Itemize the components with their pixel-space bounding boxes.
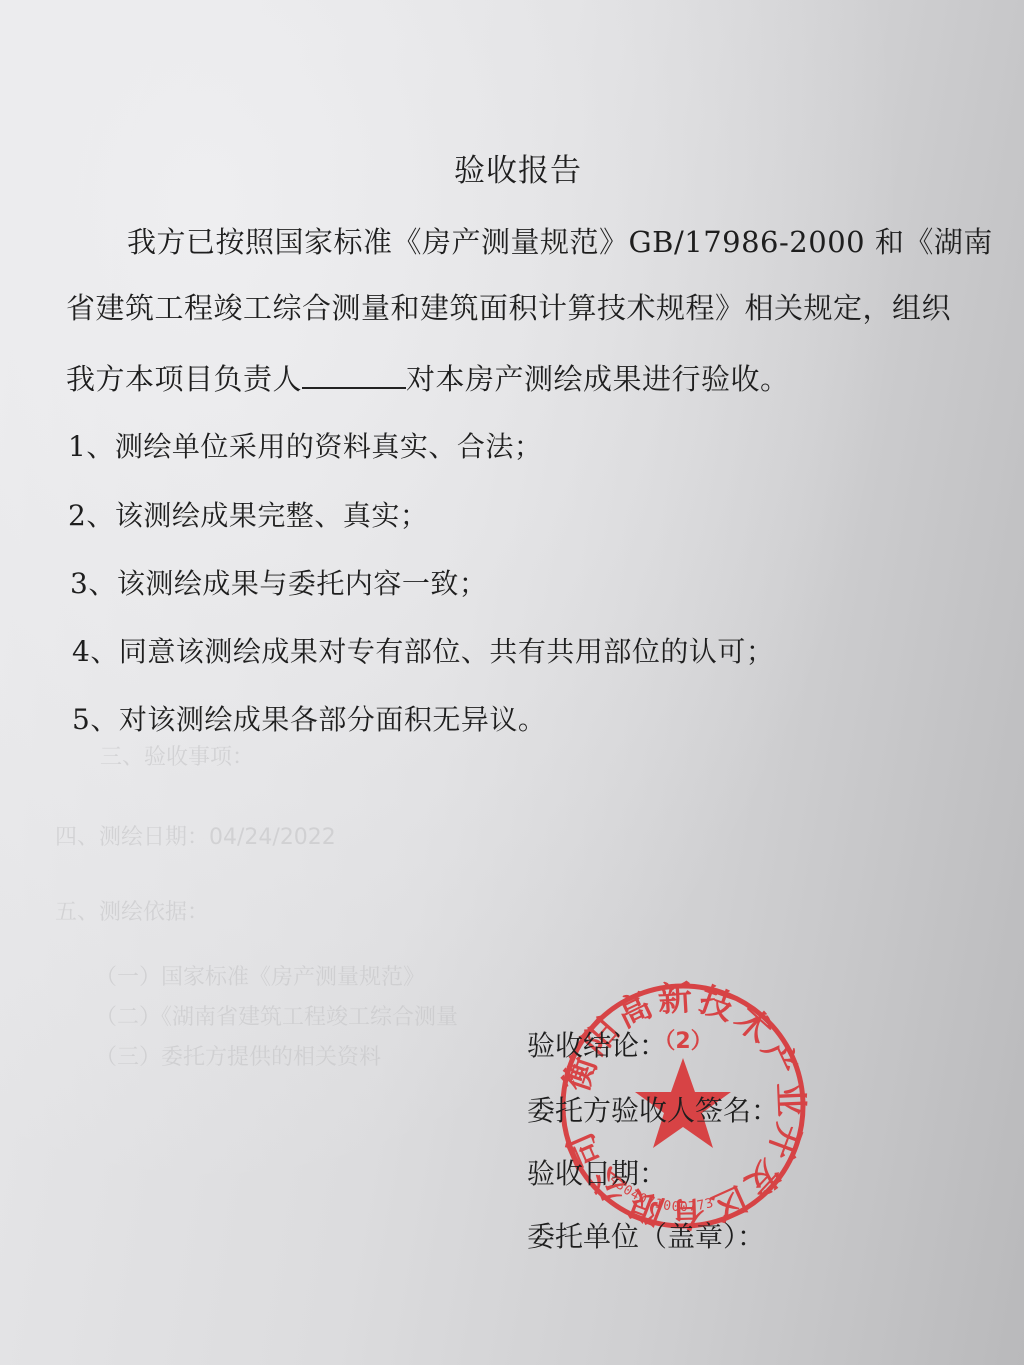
bleed-through-text: （三）委托方提供的相关资料	[95, 1040, 381, 1071]
document-page: 三、验收事项： 四、测绘日期：04/24/2022 五、测绘依据： （一）国家标…	[0, 0, 1024, 1365]
list-item-5: 5、对该测绘成果各部分面积无异议。	[72, 698, 546, 738]
document-title: 验收报告	[0, 145, 1024, 190]
acceptance-conclusion-label: 验收结论：	[527, 1024, 667, 1064]
bleed-through-text: 四、测绘日期：04/24/2022	[55, 820, 336, 851]
responsible-person-blank	[302, 359, 406, 389]
list-item-1: 1、测绘单位采用的资料真实、合法；	[68, 425, 542, 465]
bleed-through-text: 三、验收事项：	[100, 740, 254, 771]
bleed-through-text: （一）国家标准《房产测量规范》	[95, 960, 425, 991]
list-item-2: 2、该测绘成果完整、真实；	[68, 494, 428, 534]
bleed-through-text: （二）《湖南省建筑工程竣工综合测量	[95, 1000, 458, 1031]
acceptance-date-label: 验收日期：	[527, 1152, 667, 1192]
bleed-through-text: 五、测绘依据：	[55, 895, 209, 926]
list-item-4: 4、同意该测绘成果对专有部位、共有共用部位的认可；	[72, 630, 774, 670]
entrusting-unit-seal-label: 委托单位（盖章）：	[527, 1215, 765, 1255]
intro-line-3-after: 对本房产测绘成果进行验收。	[406, 362, 790, 396]
intro-line-3-before: 我方本项目负责人	[66, 362, 302, 396]
intro-line-1: 我方已按照国家标准《房产测量规范》GB/17986-2000 和《湖南	[127, 220, 993, 261]
list-item-3: 3、该测绘成果与委托内容一致；	[70, 562, 487, 602]
signer-signature-label: 委托方验收人签名：	[527, 1089, 779, 1129]
intro-line-3: 我方本项目负责人对本房产测绘成果进行验收。	[66, 357, 790, 398]
intro-line-2: 省建筑工程竣工综合测量和建筑面积计算技术规程》相关规定，组织	[66, 286, 951, 327]
